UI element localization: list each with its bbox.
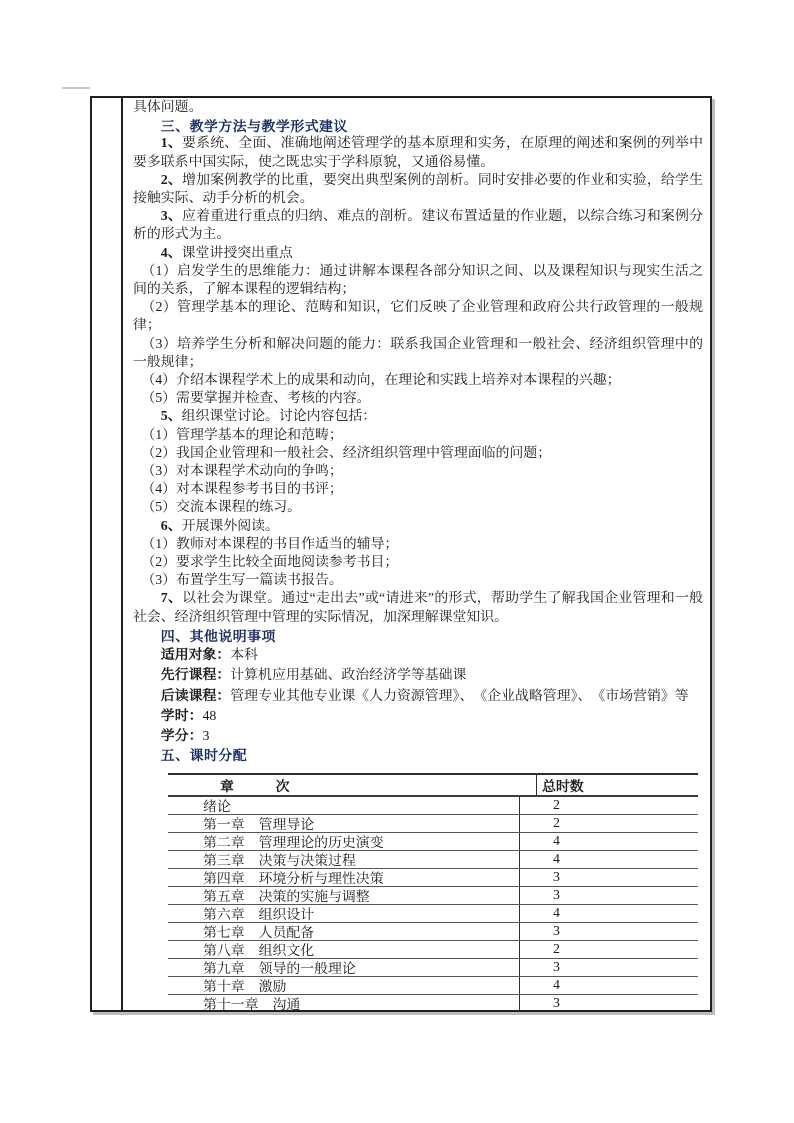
chapter-label: 第一章 管理导论 xyxy=(203,815,314,832)
paragraph: 学时：48 xyxy=(133,706,703,726)
hours-header-label: 总时数 xyxy=(542,775,584,795)
chapter-cell: 第二章 管理理论的历史演变 xyxy=(168,833,519,850)
paragraph: （5）需要掌握并检查、考核的内容。 xyxy=(133,390,703,408)
paragraph-text: 四、其他说明事项 xyxy=(161,628,276,644)
paragraph-text: 五、课时分配 xyxy=(161,747,247,763)
paragraph-prefix: 先行课程： xyxy=(161,666,230,682)
chapter-cell: 第四章 环境分析与理性决策 xyxy=(168,869,519,886)
paragraph-text: （1）启发学生的思维能力：通过讲解本课程各部分知识之间、以及课程知识与现实生活之… xyxy=(133,264,703,297)
document-page: 具体问题。三、教学方法与教学形式建议1、要系统、全面、准确地阐述管理学的基本原理… xyxy=(0,0,794,1123)
paragraph-text: 要系统、全面、准确地阐述管理学的基本原理和实务，在原理的阐述和案例的列举中要多联… xyxy=(133,136,703,169)
paragraph-prefix: 4、 xyxy=(161,246,182,261)
paragraph: （2）管理学基本的理论、范畴和知识，它们反映了企业管理和政府公共行政管理的一般规… xyxy=(133,299,703,335)
paragraph-prefix: 适用对象： xyxy=(161,646,230,662)
hours-value: 3 xyxy=(553,996,560,1011)
hours-value: 3 xyxy=(553,870,560,886)
paragraph: 先行课程：计算机应用基础、政治经济学等基础课 xyxy=(133,665,703,685)
chapter-label: 第二章 管理理论的历史演变 xyxy=(203,833,384,850)
paragraph-text: （3）培养学生分析和解决问题的能力：联系我国企业管理和一般社会、经济组织管理中的… xyxy=(133,337,703,370)
paragraph-prefix: 学分： xyxy=(161,727,203,743)
paragraph-text: （3）对本课程学术动向的争鸣； xyxy=(141,464,342,479)
paragraph-text: 计算机应用基础、政治经济学等基础课 xyxy=(230,668,466,683)
paragraph-prefix: 学时： xyxy=(161,707,203,723)
hours-value: 3 xyxy=(553,888,560,904)
table-row: 第三章 决策与决策过程4 xyxy=(168,850,698,868)
table-row: 第九章 领导的一般理论3 xyxy=(168,958,698,976)
chapter-cell: 第三章 决策与决策过程 xyxy=(168,851,519,868)
hours-cell: 4 xyxy=(519,977,698,994)
paragraph-text: 开展课外阅读。 xyxy=(182,519,279,534)
table-row: 第五章 决策的实施与调整3 xyxy=(168,886,698,904)
paragraph-text: （5）需要掌握并检查、考核的内容。 xyxy=(141,391,370,406)
hours-table-header-row: 章 次 总时数 xyxy=(168,775,698,797)
scan-artifact-line xyxy=(62,87,90,89)
hours-cell: 2 xyxy=(519,815,698,832)
paragraph: 3、应着重进行重点的归纳、难点的剖析。建议布置适量的作业题，以综合练习和案例分析… xyxy=(133,208,703,244)
paragraph-prefix: 7、 xyxy=(161,591,182,606)
paragraph-text: 以社会为课堂。通过“走出去”或“请进来”的形式，帮助学生了解我国企业管理和一般社… xyxy=(133,591,703,624)
paragraph: （4）介绍本课程学术上的成果和动向，在理论和实践上培养对本课程的兴趣； xyxy=(133,372,703,390)
table-row: 第七章 人员配备3 xyxy=(168,922,698,940)
paragraph-text: （4）介绍本课程学术上的成果和动向，在理论和实践上培养对本课程的兴趣； xyxy=(141,373,620,388)
hours-cell: 3 xyxy=(519,923,698,940)
paragraph: （5）交流本课程的练习。 xyxy=(133,499,703,517)
paragraph-text: 增加案例教学的比重，要突出典型案例的剖析。同时安排必要的作业和实验，给学生接触实… xyxy=(133,173,703,206)
hours-cell: 4 xyxy=(519,905,698,922)
chapter-label: 第三章 决策与决策过程 xyxy=(203,851,356,868)
paragraph: （2）我国企业管理和一般社会、经济组织管理中管理面临的问题； xyxy=(133,445,703,463)
paragraph: 4、课堂讲授突出重点 xyxy=(133,245,703,263)
paragraph: （1）管理学基本的理论和范畴； xyxy=(133,427,703,445)
table-row: 第八章 组织文化2 xyxy=(168,940,698,958)
paragraph-text: 3 xyxy=(202,729,209,744)
hours-table: 章 次 总时数 绪论2第一章 管理导论2第二章 管理理论的历史演变4第三章 决策… xyxy=(168,773,698,1010)
hours-value: 2 xyxy=(553,816,560,832)
hours-cell: 3 xyxy=(519,869,698,886)
paragraph: （3）对本课程学术动向的争鸣； xyxy=(133,463,703,481)
chapter-cell: 绪论 xyxy=(168,797,519,814)
paragraph-text: 组织课堂讨论。讨论内容包括： xyxy=(182,409,376,424)
chapter-label: 第八章 组织文化 xyxy=(203,941,314,958)
chapter-cell: 第六章 组织设计 xyxy=(168,905,519,922)
paragraph-text: （2）管理学基本的理论、范畴和知识，它们反映了企业管理和政府公共行政管理的一般规… xyxy=(133,300,703,333)
paragraph: （3）布置学生写一篇读书报告。 xyxy=(133,572,703,590)
paragraph: 2、增加案例教学的比重，要突出典型案例的剖析。同时安排必要的作业和实验，给学生接… xyxy=(133,172,703,208)
chapter-label: 第九章 领导的一般理论 xyxy=(203,959,356,976)
paragraph-text: （4）对本课程参考书目的书评； xyxy=(141,482,342,497)
hours-value: 4 xyxy=(553,978,560,994)
left-gutter-cell xyxy=(92,98,123,1010)
paragraph: 1、要系统、全面、准确地阐述管理学的基本原理和实务，在原理的阐述和案例的列举中要… xyxy=(133,135,703,171)
paragraph: （3）培养学生分析和解决问题的能力：联系我国企业管理和一般社会、经济组织管理中的… xyxy=(133,336,703,372)
chapter-label: 第六章 组织设计 xyxy=(203,905,314,922)
paragraph: 适用对象：本科 xyxy=(133,645,703,665)
paragraph-prefix: 1、 xyxy=(161,136,182,151)
hours-header-cell: 总时数 xyxy=(536,775,698,795)
chapter-header-cell: 章 次 xyxy=(168,775,536,795)
chapter-label: 第四章 环境分析与理性决策 xyxy=(203,869,384,886)
chapter-cell: 第一章 管理导论 xyxy=(168,815,519,832)
paragraph-text: 课堂讲授突出重点 xyxy=(182,246,293,261)
table-row: 第二章 管理理论的历史演变4 xyxy=(168,832,698,850)
paragraph-text: （2）我国企业管理和一般社会、经济组织管理中管理面临的问题； xyxy=(141,446,551,461)
hours-value: 4 xyxy=(553,852,560,868)
section-heading: 四、其他说明事项 xyxy=(133,627,703,645)
paragraph: 具体问题。 xyxy=(133,99,703,117)
hours-value: 4 xyxy=(553,834,560,850)
chapter-cell: 第十章 激励 xyxy=(168,977,519,994)
paragraph: 后读课程：管理专业其他专业课《人力资源管理》、 《企业战略管理》、 《市场营销》… xyxy=(133,686,703,706)
chapter-label: 绪论 xyxy=(203,797,231,814)
paragraph-text: 管理专业其他专业课《人力资源管理》、 《企业战略管理》、 《市场营销》等 xyxy=(230,689,688,704)
hours-value: 3 xyxy=(553,924,560,940)
chapter-label: 第十一章 沟通 xyxy=(203,995,300,1010)
paragraph-text: （3）布置学生写一篇读书报告。 xyxy=(141,573,342,588)
chapter-header-label: 章 次 xyxy=(220,775,289,795)
paragraph: 7、以社会为课堂。通过“走出去”或“请进来”的形式，帮助学生了解我国企业管理和一… xyxy=(133,590,703,626)
hours-cell: 4 xyxy=(519,833,698,850)
table-row: 第十章 激励4 xyxy=(168,976,698,994)
paragraph: 学分：3 xyxy=(133,726,703,746)
paragraph-prefix: 后读课程： xyxy=(161,687,230,703)
paragraph: 5、组织课堂讨论。讨论内容包括： xyxy=(133,408,703,426)
chapter-cell: 第七章 人员配备 xyxy=(168,923,519,940)
paragraph-text: 应着重进行重点的归纳、难点的剖析。建议布置适量的作业题，以综合练习和案例分析的形… xyxy=(133,209,703,242)
hours-cell: 4 xyxy=(519,851,698,868)
hours-value: 4 xyxy=(553,906,560,922)
table-row: 第一章 管理导论2 xyxy=(168,814,698,832)
table-row: 第四章 环境分析与理性决策3 xyxy=(168,868,698,886)
paragraph: （1）教师对本课程的书目作适当的辅导； xyxy=(133,536,703,554)
paragraph-prefix: 6、 xyxy=(161,519,182,534)
hours-cell: 2 xyxy=(519,797,698,814)
table-row: 第十一章 沟通3 xyxy=(168,994,698,1010)
table-row: 第六章 组织设计4 xyxy=(168,904,698,922)
chapter-cell: 第五章 决策的实施与调整 xyxy=(168,887,519,904)
hours-cell: 3 xyxy=(519,959,698,976)
chapter-cell: 第九章 领导的一般理论 xyxy=(168,959,519,976)
chapter-label: 第五章 决策的实施与调整 xyxy=(203,887,370,904)
chapter-cell: 第八章 组织文化 xyxy=(168,941,519,958)
paragraph: （2）要求学生比较全面地阅读参考书目； xyxy=(133,554,703,572)
paragraph-text: 48 xyxy=(202,709,216,724)
hours-cell: 2 xyxy=(519,941,698,958)
paragraph: 6、开展课外阅读。 xyxy=(133,518,703,536)
paragraph-text: 具体问题。 xyxy=(133,100,202,115)
hours-value: 2 xyxy=(553,798,560,814)
document-outer-table: 具体问题。三、教学方法与教学形式建议1、要系统、全面、准确地阐述管理学的基本原理… xyxy=(90,96,712,1012)
paragraph-text: 三、教学方法与教学形式建议 xyxy=(161,118,348,134)
chapter-label: 第十章 激励 xyxy=(203,977,286,994)
paragraph-text: （2）要求学生比较全面地阅读参考书目； xyxy=(141,555,398,570)
content-cell: 具体问题。三、教学方法与教学形式建议1、要系统、全面、准确地阐述管理学的基本原理… xyxy=(123,98,710,1010)
paragraph-prefix: 3、 xyxy=(161,209,182,224)
hours-table-body: 绪论2第一章 管理导论2第二章 管理理论的历史演变4第三章 决策与决策过程4第四… xyxy=(168,797,698,1010)
hours-cell: 3 xyxy=(519,887,698,904)
syllabus-text: 具体问题。三、教学方法与教学形式建议1、要系统、全面、准确地阐述管理学的基本原理… xyxy=(133,99,703,772)
paragraph-text: （1）管理学基本的理论和范畴； xyxy=(141,428,342,443)
hours-value: 3 xyxy=(553,960,560,976)
paragraph: （1）启发学生的思维能力：通过讲解本课程各部分知识之间、以及课程知识与现实生活之… xyxy=(133,263,703,299)
table-row: 绪论2 xyxy=(168,797,698,814)
paragraph-text: 本科 xyxy=(230,648,258,663)
hours-value: 2 xyxy=(553,942,560,958)
section-heading: 五、课时分配 xyxy=(133,746,703,764)
paragraph-text: （1）教师对本课程的书目作适当的辅导； xyxy=(141,537,398,552)
chapter-label: 第七章 人员配备 xyxy=(203,923,314,940)
chapter-cell: 第十一章 沟通 xyxy=(168,995,519,1010)
paragraph-text: （5）交流本课程的练习。 xyxy=(141,500,301,515)
paragraph-prefix: 5、 xyxy=(161,409,182,424)
hours-cell: 3 xyxy=(519,995,698,1010)
paragraph: （4）对本课程参考书目的书评； xyxy=(133,481,703,499)
paragraph-prefix: 2、 xyxy=(161,173,182,188)
section-heading: 三、教学方法与教学形式建议 xyxy=(133,117,703,135)
